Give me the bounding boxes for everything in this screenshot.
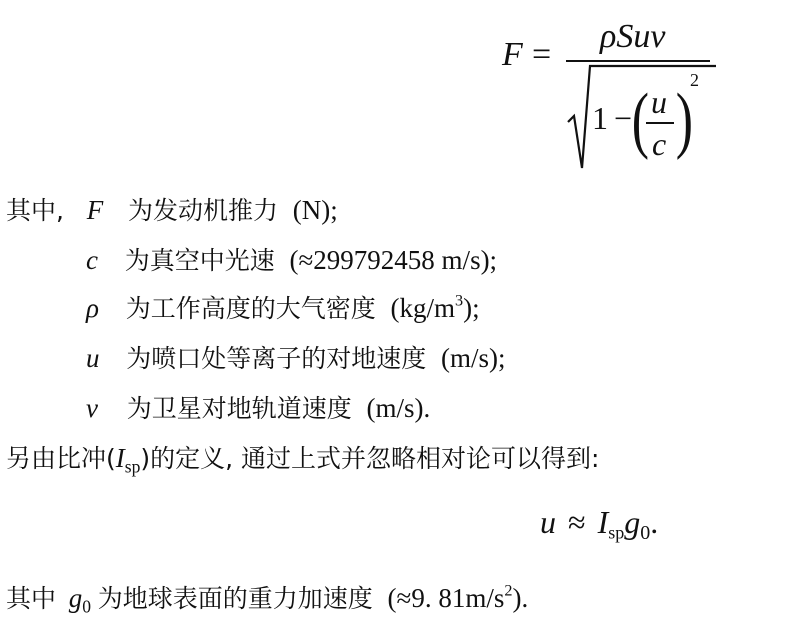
description: 为卫星对地轨道速度	[127, 394, 352, 423]
description: 为工作高度的大气密度	[126, 294, 376, 323]
description: 为发动机推力	[128, 196, 278, 225]
description: 为真空中光速	[125, 246, 275, 275]
formula-lhs: F	[502, 36, 523, 74]
intro-label: 其中,	[6, 196, 64, 225]
unit: (kg/m3);	[390, 293, 479, 323]
unit: (m/s).	[367, 393, 431, 423]
definition-row-rho: ρ 为工作高度的大气密度 (kg/m3);	[86, 292, 480, 325]
denominator-one: 1	[592, 100, 608, 137]
inner-fraction-num: u	[651, 84, 667, 121]
inner-fraction-bar	[646, 122, 674, 124]
open-paren: (	[632, 78, 649, 163]
footer-line: 其中 g0 为地球表面的重力加速度 (≈9. 81m/s2).	[6, 582, 528, 615]
definition-row-u: u 为喷口处等离子的对地速度 (m/s);	[86, 342, 506, 375]
exponent: 2	[690, 70, 699, 91]
formula-numerator: ρSuv	[600, 18, 665, 56]
unit: (N);	[293, 195, 338, 225]
symbol: c	[86, 245, 98, 275]
denominator-minus: −	[614, 100, 632, 137]
definition-row-F: 其中, F 为发动机推力 (N);	[6, 194, 338, 227]
description: 为喷口处等离子的对地速度	[126, 344, 426, 373]
fraction-bar	[566, 60, 710, 62]
unit: (≈299792458 m/s);	[290, 245, 498, 275]
second-formula: u ≈ Ispg0.	[540, 504, 658, 541]
definition-row-c: c 为真空中光速 (≈299792458 m/s);	[86, 244, 497, 277]
paragraph: 另由比冲(Isp)的定义, 通过上式并忽略相对论可以得到:	[6, 442, 599, 475]
symbol: u	[86, 343, 100, 373]
symbol: ρ	[86, 293, 99, 323]
symbol: F	[87, 195, 104, 225]
symbol: v	[86, 393, 98, 423]
formula-equals: =	[532, 36, 551, 74]
unit: (m/s);	[441, 343, 506, 373]
definition-row-v: v 为卫星对地轨道速度 (m/s).	[86, 392, 430, 425]
inner-fraction-den: c	[652, 126, 666, 163]
